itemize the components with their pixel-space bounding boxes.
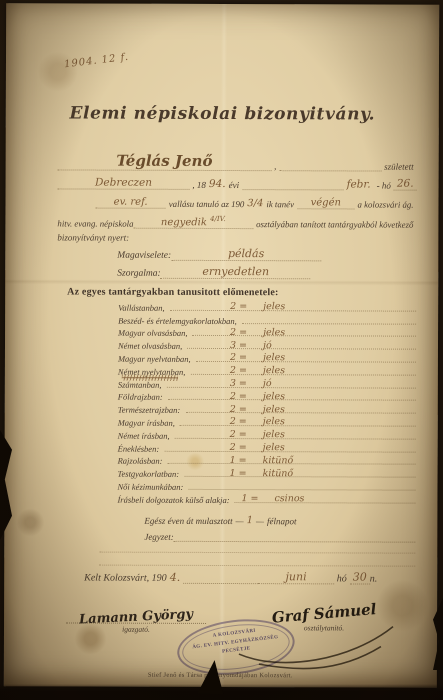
class-grade: negyedik 4/IV. <box>133 215 253 230</box>
class-word: negyedik <box>161 217 207 228</box>
stamp-line-3: PECSÉTJE <box>179 640 293 662</box>
subject-grade: 2 = jeles <box>230 392 285 402</box>
diligence-line: Szorgalma: ernyedetlen <box>57 265 416 280</box>
subject-row: Magyar írásban, 2 = jeles <box>118 415 416 429</box>
subject-row: Német nyelvtanban, 2 = jeles <box>118 364 416 378</box>
subject-grade: 3 = jó <box>230 341 272 351</box>
grade-word: jó <box>263 379 272 389</box>
dash: — <box>233 516 247 526</box>
subject-grade: 2 = jeles <box>230 430 285 440</box>
dotted-line <box>196 360 416 363</box>
printed-evi: évi <box>226 180 243 190</box>
date-month: juni <box>258 570 333 584</box>
grade-number: 1 = <box>230 456 247 466</box>
filler-line <box>242 189 343 190</box>
dotted-line <box>242 322 416 325</box>
filler-line <box>279 170 381 171</box>
grade-number: 2 = <box>230 443 247 453</box>
archive-annotation: 1904. 12 f. <box>64 52 130 71</box>
grade-word: jeles <box>263 328 285 338</box>
grade-number: 2 = <box>230 354 247 364</box>
director-signature-block: Lamann György igazgató. <box>66 609 206 633</box>
printed-18: , 18 <box>189 180 209 190</box>
grade-word: jeles <box>263 366 285 376</box>
born-label: született <box>381 162 417 172</box>
birth-year: 94. <box>209 178 226 190</box>
subject-grade: 2 = jeles <box>230 354 285 364</box>
subject-row: Rajzolásban: 1 = kitünő <box>118 453 416 467</box>
subject-grade: 2 = jeles <box>230 302 285 312</box>
printed-granted: bizonyítványt nyert: <box>57 233 129 243</box>
grade-word: jó <box>263 341 272 351</box>
grade-number: 3 = <box>230 379 247 389</box>
certificate-paper: 1904. 12 f. Elemi népiskolai bizonyitván… <box>4 3 439 688</box>
dash: — <box>253 516 267 526</box>
scanned-certificate: 1904. 12 f. Elemi népiskolai bizonyitván… <box>0 0 443 700</box>
blank-dotted-line <box>99 551 415 554</box>
subject-grade: 2 = jeles <box>230 443 285 453</box>
subject-row: Földrajzban: 2 = jeles <box>118 389 416 403</box>
grade-number: 2 = <box>230 392 247 402</box>
grade-number: 1 = <box>241 494 258 504</box>
dotted-line <box>180 424 416 427</box>
grade-word: jeles <box>263 405 285 415</box>
note-line: Jegyzet: <box>144 532 415 543</box>
subject-label: Magyar nyelvtanban, <box>118 354 191 364</box>
subject-rows: Vallástanban, 2 = jeles Beszéd- és értel… <box>117 300 416 506</box>
absence-printed-b: félnapot <box>267 516 297 526</box>
absence-printed-a: Egész éven át mulasztott <box>144 516 232 526</box>
grade-word: jeles <box>263 392 285 402</box>
subject-label: Természetrajzban: <box>118 405 181 415</box>
dotted-line <box>175 437 416 440</box>
subject-label: Rajzolásban: <box>118 456 163 466</box>
birth-place: Debreczen <box>58 176 190 189</box>
subject-label: Testgyakorlatban: <box>118 469 180 479</box>
school-line: hitv. evang. népiskola negyedik 4/IV. os… <box>57 214 416 230</box>
subject-grade: 3 = jó <box>230 379 272 389</box>
printed-ho: hó <box>334 573 350 584</box>
subject-row: Német olvasásban, 3 = jó <box>118 338 416 352</box>
grade-number: 2 = <box>230 417 247 427</box>
subject-label: Éneklésben: <box>118 443 160 453</box>
grade-word: jeles <box>263 354 285 364</box>
subject-label: Írásbeli dolgozatok külső alakja: <box>117 494 229 504</box>
subject-label: Magyar olvasásban, <box>118 328 187 338</box>
subject-row: Női kézimunkában: <box>117 479 415 493</box>
subject-label: Női kézimunkában: <box>117 482 183 492</box>
birth-month: febr. <box>344 178 374 190</box>
grade-number: 2 = <box>230 366 247 376</box>
grade-word: csinos <box>274 494 304 504</box>
religion: ev. ref. <box>95 197 165 209</box>
blank-dotted-line <box>99 564 415 567</box>
subject-row: Magyar olvasásban, 2 = jeles <box>118 325 416 339</box>
printed-ik-tanev: ik tanév <box>263 199 297 209</box>
student-name: Téglás Jenő <box>58 151 272 171</box>
dotted-line <box>190 373 415 376</box>
dotted-line <box>168 398 416 401</box>
subject-grade: 1 = kitünő <box>230 469 294 479</box>
name-line: Téglás Jenő, született <box>58 151 417 171</box>
school-year: 3/4 <box>247 198 263 209</box>
diligence-label: Szorgalma: <box>117 269 161 279</box>
subject-row: Testgyakorlatban: 1 = kitünő <box>118 466 416 480</box>
grade-word: kitünő <box>263 469 294 479</box>
subject-grade: 2 = jeles <box>230 405 285 415</box>
subject-row: Beszéd- és értelemgyakorlatokban, <box>118 312 416 326</box>
diligence-value: ernyedetlen <box>161 265 311 280</box>
birth-line: Debreczen , 18 94. évi febr. - hó 26. <box>58 176 417 190</box>
comma: , <box>271 161 279 171</box>
printed-ho: - hó <box>374 181 394 191</box>
grade-number: 3 = <box>230 341 247 351</box>
dotted-line <box>164 449 415 452</box>
torn-triangle <box>197 660 224 695</box>
dotted-line <box>167 385 416 388</box>
grade-number: 2 = <box>230 302 247 312</box>
date-day: 30 <box>350 570 370 584</box>
subject-label: Földrajzban: <box>118 392 163 402</box>
subject-grade: 2 = jeles <box>230 366 285 376</box>
subject-label: Vallástanban, <box>118 302 165 312</box>
subject-label: Német olvasásban, <box>118 341 182 351</box>
grade-number: 2 = <box>230 405 247 415</box>
conduct-label: Magaviselete: <box>117 251 171 261</box>
student-details: Téglás Jenő, született Debreczen , 18 94… <box>57 151 416 284</box>
date-line: Kelt Kolozsvárt, 190 4. juni hó 30 n. <box>84 570 377 585</box>
subject-grade: 1 = csinos <box>241 494 304 504</box>
subject-row: Számtanban, 3 = jó <box>118 376 416 390</box>
conduct-line: Magaviselete: példás <box>57 247 416 262</box>
dotted-line <box>185 411 416 414</box>
subject-grade: 2 = jeles <box>230 328 285 338</box>
grade-number: 2 = <box>230 430 247 440</box>
dotted-line <box>192 334 416 337</box>
subject-row: Írásbeli dolgozatok külső alakja: 1 = cs… <box>117 492 415 506</box>
conduct-value: példás <box>171 247 321 262</box>
subjects-heading: Az egyes tantárgyakban tanusitott előmen… <box>67 286 278 298</box>
subject-label: Magyar írásban, <box>118 418 175 428</box>
subject-grade: 2 = jeles <box>230 417 285 427</box>
subject-label: Számtanban, <box>118 379 162 389</box>
dotted-line <box>183 583 258 584</box>
subject-row: Éneklésben: 2 = jeles <box>118 440 416 454</box>
subject-label: Német írásban, <box>118 430 170 440</box>
dotted-line <box>174 541 416 543</box>
grade-number: 1 = <box>230 469 247 479</box>
date-printed: Kelt Kolozsvárt, 190 <box>84 573 167 584</box>
printed-kolozsvari: a kolozsvári ág. <box>355 199 417 209</box>
subject-row: Magyar nyelvtanban, 2 = jeles <box>118 351 416 365</box>
religion-line: ev. ref. vallásu tanuló az 190 3/4 ik ta… <box>57 196 416 209</box>
absence-line: Egész éven át mulasztott — 1 — félnapot <box>144 515 367 527</box>
term-end: végén <box>297 197 355 209</box>
grade-word: jeles <box>263 418 285 428</box>
printed-subjects-taught: osztályában tanított tantárgyakból követ… <box>253 219 416 230</box>
stamp-line-2: ÁG. EV. HITV. EGYHÁZKÖZSÉG <box>178 632 292 654</box>
printed-school: hitv. evang. népiskola <box>57 219 133 229</box>
grade-number: 2 = <box>230 328 247 338</box>
date-suffix: n. <box>370 574 378 585</box>
dotted-line <box>188 488 415 491</box>
grade-word: jeles <box>263 302 285 312</box>
note-label: Jegyzet: <box>144 532 174 542</box>
grade-word: jeles <box>263 443 285 453</box>
certificate-granted-line: bizonyítványt nyert: <box>57 233 416 244</box>
grade-word: jeles <box>263 430 285 440</box>
certificate-title: Elemi népiskolai bizonyitvány. <box>6 103 439 125</box>
subject-row: Vallástanban, 2 = jeles <box>118 300 416 314</box>
dotted-line <box>184 475 415 478</box>
subject-row: Német írásban, 2 = jeles <box>118 428 416 442</box>
date-year: 4. <box>167 571 184 584</box>
printed-pupil-of: vallásu tanuló az 190 <box>166 199 248 209</box>
birth-day: 26. <box>394 178 417 191</box>
class-number: 4/IV. <box>210 215 226 223</box>
subject-grade: 1 = kitünő <box>230 456 294 466</box>
dotted-line <box>170 309 416 312</box>
subject-label: Beszéd- és értelemgyakorlatokban, <box>118 315 237 325</box>
subject-row: Természetrajzban: 2 = jeles <box>118 402 416 416</box>
grade-word: kitünő <box>263 456 294 466</box>
dotted-line <box>187 347 416 350</box>
